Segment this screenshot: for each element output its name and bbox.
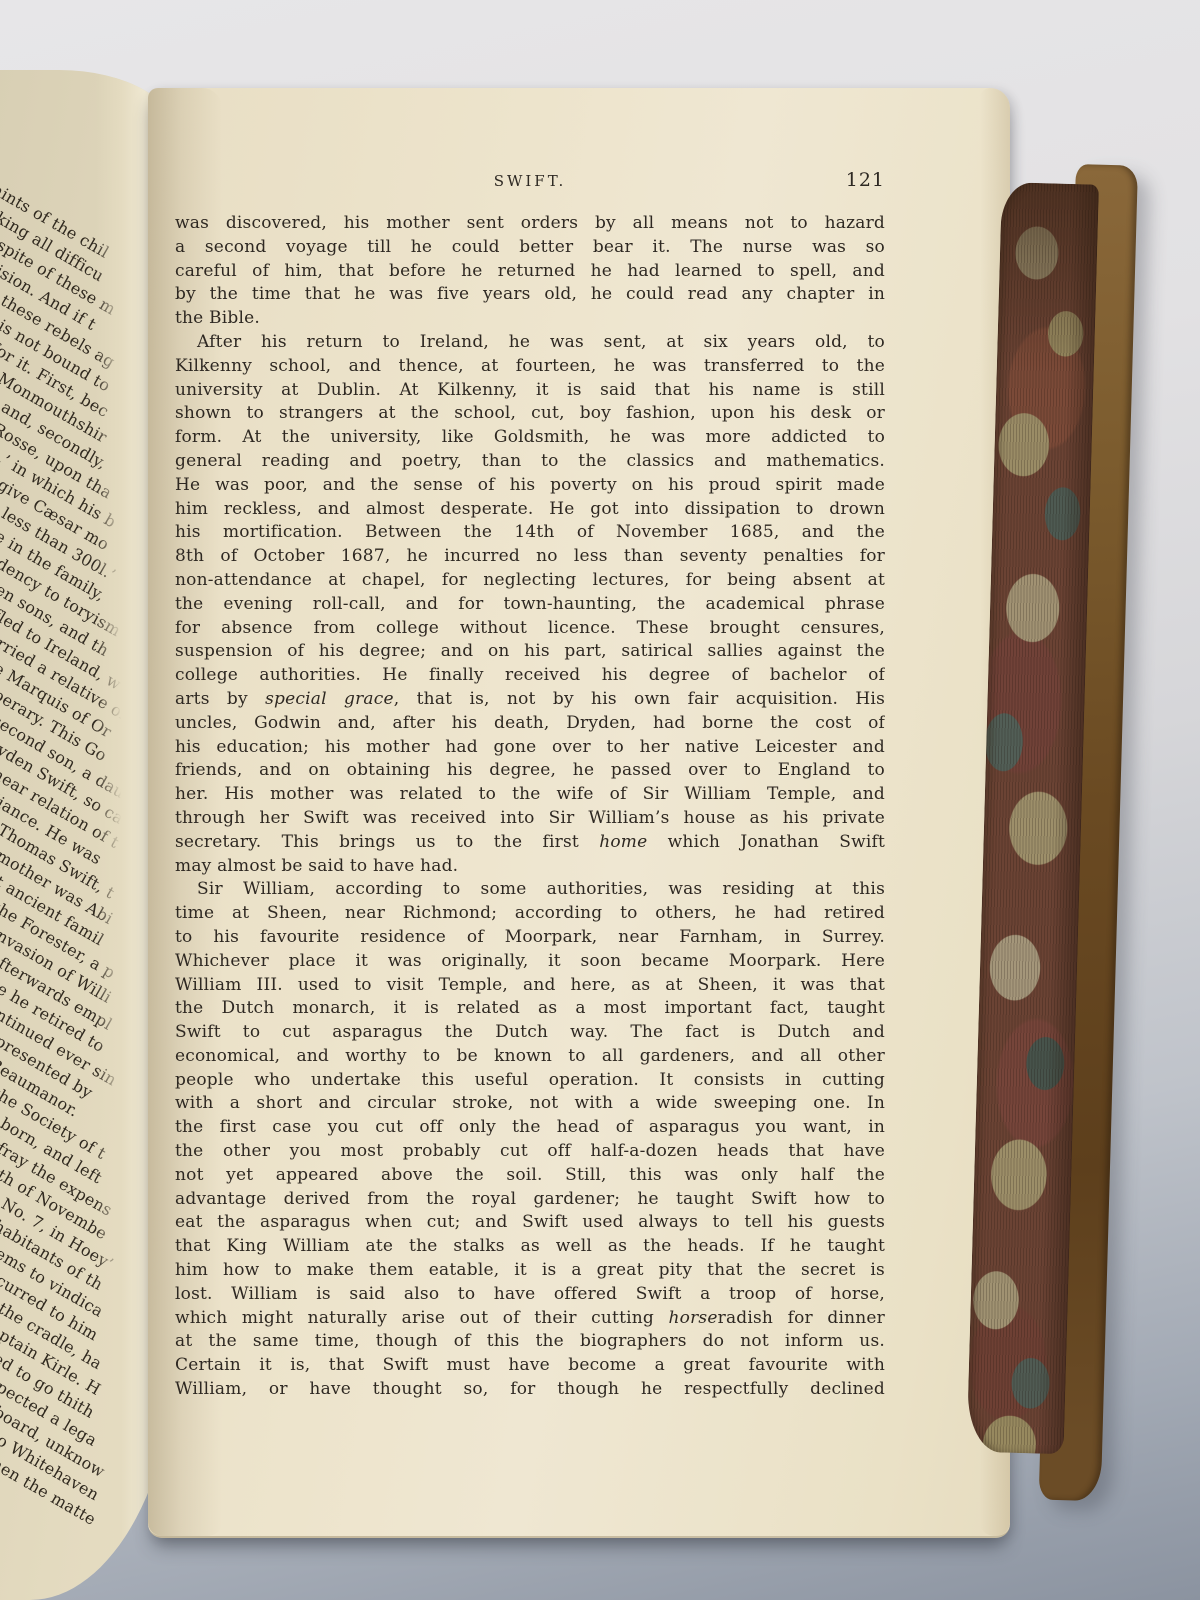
body-line: lost. William is said also to have offer… — [175, 1283, 885, 1307]
body-line: through her Swift was received into Sir … — [175, 807, 885, 831]
body-line: advantage derived from the royal gardene… — [175, 1188, 885, 1212]
main-page: SWIFT. 121 was discovered, his mother se… — [148, 88, 1010, 1538]
page-title: SWIFT. — [175, 172, 885, 190]
body-line: was discovered, his mother sent orders b… — [175, 212, 885, 236]
body-line: his mortification. Between the 14th of N… — [175, 521, 885, 545]
body-line: friends, and on obtaining his degree, he… — [175, 759, 885, 783]
body-line: careful of him, that before he returned … — [175, 260, 885, 284]
body-line: shown to strangers at the school, cut, b… — [175, 402, 885, 426]
body-line: general reading and poetry, than to the … — [175, 450, 885, 474]
body-line: by the time that he was five years old, … — [175, 283, 885, 307]
body-line: Sir William, according to some authoriti… — [175, 878, 885, 902]
body-line: people who undertake this useful operati… — [175, 1069, 885, 1093]
body-line: her. His mother was related to the wife … — [175, 783, 885, 807]
body-line: at the same time, though of this the bio… — [175, 1330, 885, 1354]
body-line: After his return to Ireland, he was sent… — [175, 331, 885, 355]
body-line: Certain it is, that Swift must have beco… — [175, 1354, 885, 1378]
body-line: his education; his mother had gone over … — [175, 736, 885, 760]
body-line: the other you most probably cut off half… — [175, 1140, 885, 1164]
body-text: was discovered, his mother sent orders b… — [175, 212, 885, 1402]
body-line: form. At the university, like Goldsmith,… — [175, 426, 885, 450]
body-line: the Bible. — [175, 307, 885, 331]
body-line: Kilkenny school, and thence, at fourteen… — [175, 355, 885, 379]
body-line: him reckless, and almost desperate. He g… — [175, 498, 885, 522]
body-line: with a short and circular stroke, not wi… — [175, 1092, 885, 1116]
body-line: non-attendance at chapel, for neglecting… — [175, 569, 885, 593]
body-line: not yet appeared above the soil. Still, … — [175, 1164, 885, 1188]
body-line: for absence from college without licence… — [175, 617, 885, 641]
body-line: time at Sheen, near Richmond; according … — [175, 902, 885, 926]
body-line: college authorities. He finally received… — [175, 664, 885, 688]
body-line: suspension of his degree; and on his par… — [175, 640, 885, 664]
body-line: economical, and worthy to be known to al… — [175, 1045, 885, 1069]
body-line: university at Dublin. At Kilkenny, it is… — [175, 379, 885, 403]
body-line: the first case you cut off only the head… — [175, 1116, 885, 1140]
body-line: the evening roll-call, and for town-haun… — [175, 593, 885, 617]
body-line: him how to make them eatable, it is a gr… — [175, 1259, 885, 1283]
body-line: uncles, Godwin and, after his death, Dry… — [175, 712, 885, 736]
body-line: a second voyage till he could better bea… — [175, 236, 885, 260]
body-line: which might naturally arise out of their… — [175, 1307, 885, 1331]
body-line: to his favourite residence of Moorpark, … — [175, 926, 885, 950]
body-line: that King William ate the stalks as well… — [175, 1235, 885, 1259]
body-line: eat the asparagus when cut; and Swift us… — [175, 1211, 885, 1235]
body-line: arts by special grace, that is, not by h… — [175, 688, 885, 712]
body-line: Whichever place it was originally, it so… — [175, 950, 885, 974]
photo-background: { "header": { "title": "SWIFT.", "page_n… — [0, 0, 1200, 1600]
body-line: He was poor, and the sense of his povert… — [175, 474, 885, 498]
body-line: William III. used to visit Temple, and h… — [175, 974, 885, 998]
body-line: the Dutch monarch, it is related as a mo… — [175, 997, 885, 1021]
page-header: SWIFT. 121 — [175, 172, 885, 202]
page-number: 121 — [846, 169, 885, 191]
body-line: 8th of October 1687, he incurred no less… — [175, 545, 885, 569]
body-line: may almost be said to have had. — [175, 855, 885, 879]
body-line: Swift to cut asparagus the Dutch way. Th… — [175, 1021, 885, 1045]
body-line: secretary. This brings us to the first h… — [175, 831, 885, 855]
body-line: William, or have thought so, for though … — [175, 1378, 885, 1402]
